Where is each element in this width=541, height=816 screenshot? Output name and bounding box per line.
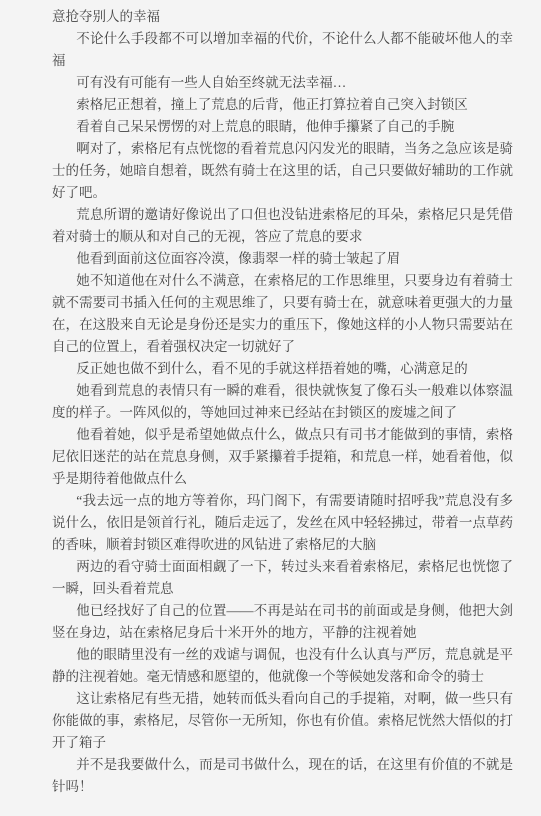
paragraph: 两边的看守骑士面面相觑了一下，转过头来看着索格尼，索格尼也恍惚了一瞬，回头看着荒…	[52, 556, 513, 600]
paragraph: 啊对了，索格尼有点恍惚的看着荒息闪闪发光的眼睛，当务之急应该是骑士的任务，她暗自…	[52, 138, 513, 204]
paragraph: 荒息所谓的邀请好像说出了口但也没钻进索格尼的耳朵，索格尼只是凭借着对骑士的顺从和…	[52, 204, 513, 248]
paragraph: 他已经找好了自己的位置——不再是站在司书的前面或是身侧，他把大剑竖在身边，站在索…	[52, 600, 513, 644]
paragraph: 他的眼睛里没有一丝的戏谑与调侃，也没有什么认真与严厉，荒息就是平静的注视着她。毫…	[52, 644, 513, 688]
paragraph: 反正她也做不到什么，看不见的手就这样捂着她的嘴，心满意足的	[52, 358, 513, 380]
paragraph: 他看着她，似乎是希望她做点什么，做点只有司书才能做到的事情，索格尼依旧迷茫的站在…	[52, 424, 513, 490]
paragraph: 索格尼正想着，撞上了荒息的后背，他正打算拉着自己突入封锁区	[52, 94, 513, 116]
paragraph: 她看到荒息的表情只有一瞬的难看，很快就恢复了像石头一般难以体察温度的样子。一阵风…	[52, 380, 513, 424]
paragraph: 他看到面前这位面容冷漠，像翡翠一样的骑士皱起了眉	[52, 248, 513, 270]
paragraph: 可有没有可能有一些人自始至终就无法幸福…	[52, 72, 513, 94]
paragraph: 意抢夺别人的幸福	[52, 6, 513, 28]
paragraph: 不论什么手段都不可以增加幸福的代价，不论什么人都不能破坏他人的幸福	[52, 28, 513, 72]
paragraph: 她不知道他在对什么不满意，在索格尼的工作思维里，只要身边有着骑士就不需要司书插入…	[52, 270, 513, 358]
novel-text-body: 意抢夺别人的幸福不论什么手段都不可以增加幸福的代价，不论什么人都不能破坏他人的幸…	[52, 6, 513, 798]
paragraph: 并不是我要做什么，而是司书做什么，现在的话，在这里有价值的不就是针吗！	[52, 754, 513, 798]
paragraph: “我去远一点的地方等着你，玛门阁下，有需要请随时招呼我”荒息没有多说什么，依旧是…	[52, 490, 513, 556]
novel-page: 意抢夺别人的幸福不论什么手段都不可以增加幸福的代价，不论什么人都不能破坏他人的幸…	[0, 0, 541, 816]
paragraph: 看着自己呆呆愣愣的对上荒息的眼睛，他伸手攥紧了自己的手腕	[52, 116, 513, 138]
paragraph: 这让索格尼有些无措，她转而低头看向自己的手提箱，对啊，做一些只有你能做的事，索格…	[52, 688, 513, 754]
